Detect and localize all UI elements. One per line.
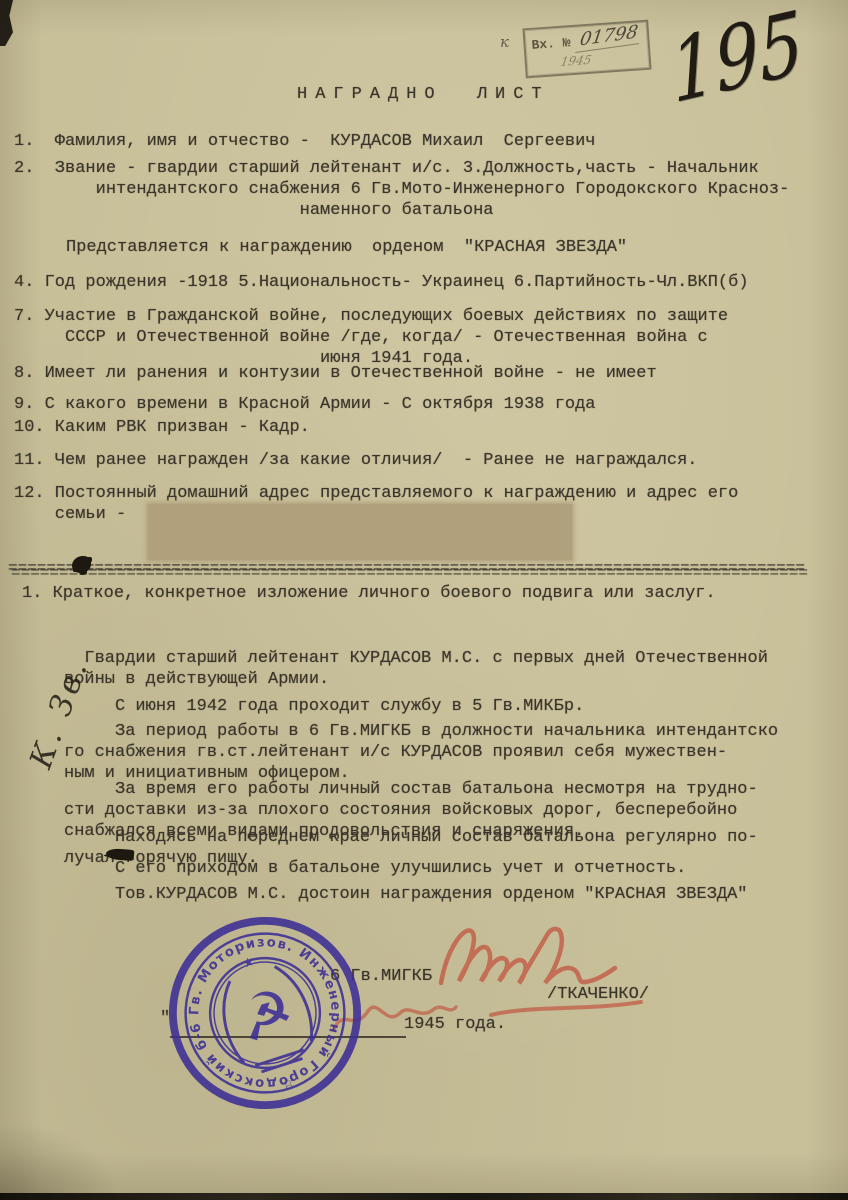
signature-underline xyxy=(487,999,647,1021)
divider-line-2: ========================================… xyxy=(11,563,808,584)
item-name: 1. Фамилия, имя и отчество - КУРДАСОВ Ми… xyxy=(14,131,596,152)
body-paragraph: За период работы в 6 Гв.МИГКБ в должност… xyxy=(64,721,778,784)
signature-stroke xyxy=(441,929,615,983)
section-heading: 1. Краткое, конкретное изложение личного… xyxy=(22,583,716,604)
item-wounds: 8. Имеет ли ранения и контузии в Отечест… xyxy=(14,363,657,384)
handwritten-mark: к xyxy=(500,33,509,51)
item-rank-position: 2. Звание - гвардии старший лейтенант и/… xyxy=(14,158,789,221)
item-war-participation: 7. Участие в Гражданской войне, последую… xyxy=(14,306,728,369)
hammer-sickle-icon: ☭ xyxy=(229,975,302,1058)
item-army-since: 9. С какого времени в Красной Армии - С … xyxy=(14,394,596,415)
round-stamp: 6 Гв. Моторизов. Инженерный Городокский … xyxy=(142,890,389,1137)
body-paragraph: Гвардии старший лейтенант КУРДАСОВ М.С. … xyxy=(64,648,768,690)
body-paragraph: С его приходом в батальоне улучшились уч… xyxy=(64,858,686,879)
document-page: Вх. № 01798 1945 к 195 НАГРАДНО ЛИСТ 1. … xyxy=(0,0,848,1200)
document-title: НАГРАДНО ЛИСТ xyxy=(297,84,550,105)
signature-underline-stroke xyxy=(491,1002,641,1015)
presentation-line: Представляется к награждению орденом "КР… xyxy=(66,237,627,258)
body-paragraph: С июня 1942 года проходит службу в 5 Гв.… xyxy=(64,696,584,717)
scan-shadow xyxy=(0,1120,120,1200)
stamp-star-top-icon: ★ xyxy=(241,954,256,972)
item-birth-nationality-party: 4. Год рождения -1918 5.Национальность- … xyxy=(14,272,749,293)
item-drafted-by: 10. Каким РВК призван - Кадр. xyxy=(14,417,310,438)
scan-bottom-edge xyxy=(0,1193,848,1200)
item-previous-awards: 11. Чем ранее награжден /за какие отличи… xyxy=(14,450,698,471)
scan-corner-mark xyxy=(0,0,13,46)
registration-stamp-year: 1945 xyxy=(560,53,593,69)
body-conclusion: Тов.КУРДАСОВ М.С. достоин награждения ор… xyxy=(64,884,748,905)
year-line: 1945 года. xyxy=(404,1014,506,1035)
redacted-address-block xyxy=(148,504,572,560)
registration-stamp-number: 01798 xyxy=(575,21,642,53)
registration-stamp-label: Вх. № xyxy=(531,35,571,53)
registration-stamp-box: Вх. № 01798 1945 xyxy=(522,20,651,79)
handwritten-page-number: 195 xyxy=(667,0,807,123)
